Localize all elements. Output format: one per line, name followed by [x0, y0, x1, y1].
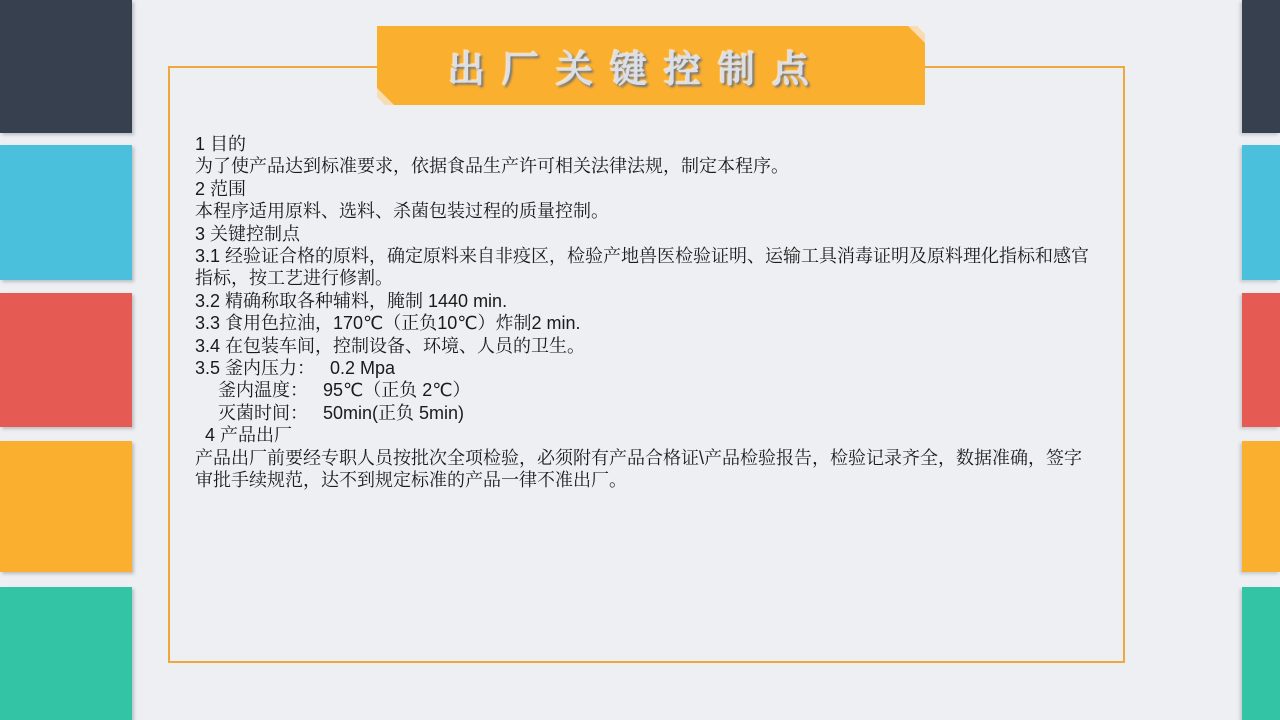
decor-block-left-green — [0, 587, 132, 720]
decor-block-left-cyan — [0, 145, 132, 280]
body-line: 灭菌时间： 50min(正负 5min) — [195, 402, 1091, 424]
decor-block-right-orange — [1242, 441, 1280, 572]
body-line: 为了使产品达到标准要求，依据食品生产许可相关法律法规，制定本程序。 — [195, 155, 1091, 177]
slide-canvas: 出厂关键控制点 1 目的为了使产品达到标准要求，依据食品生产许可相关法律法规，制… — [0, 0, 1280, 720]
body-line: 4 产品出厂 — [195, 424, 1091, 446]
body-line: 本程序适用原料、选料、杀菌包装过程的质量控制。 — [195, 200, 1091, 222]
decor-block-right-red — [1242, 293, 1280, 427]
body-line: 3.3 食用色拉油，170℃（正负10℃）炸制2 min. — [195, 312, 1091, 334]
decor-block-right-cyan — [1242, 145, 1280, 280]
body-line: 3.5 釜内压力： 0.2 Mpa — [195, 357, 1091, 379]
decor-block-left-red — [0, 293, 132, 427]
title-banner: 出厂关键控制点 — [377, 26, 925, 105]
body-line: 3.1 经验证合格的原料，确定原料来自非疫区，检验产地兽医检验证明、运输工具消毒… — [195, 245, 1091, 290]
slide-title: 出厂关键控制点 — [448, 39, 826, 93]
body-line: 产品出厂前要经专职人员按批次全项检验，必须附有产品合格证\产品检验报告，检验记录… — [195, 447, 1091, 492]
body-line: 3.2 精确称取各种辅料，腌制 1440 min. — [195, 290, 1091, 312]
body-line: 3 关键控制点 — [195, 223, 1091, 245]
body-line: 3.4 在包装车间，控制设备、环境、人员的卫生。 — [195, 335, 1091, 357]
decor-block-left-dark — [0, 0, 132, 133]
body-line: 1 目的 — [195, 133, 1091, 155]
decor-block-left-orange — [0, 441, 132, 572]
title-banner-shape: 出厂关键控制点 — [377, 26, 925, 105]
body-line: 2 范围 — [195, 178, 1091, 200]
slide-body-text: 1 目的为了使产品达到标准要求，依据食品生产许可相关法律法规，制定本程序。2 范… — [195, 133, 1091, 492]
decor-block-right-green — [1242, 587, 1280, 720]
decor-block-right-dark — [1242, 0, 1280, 133]
body-line: 釜内温度： 95℃（正负 2℃） — [195, 379, 1091, 401]
